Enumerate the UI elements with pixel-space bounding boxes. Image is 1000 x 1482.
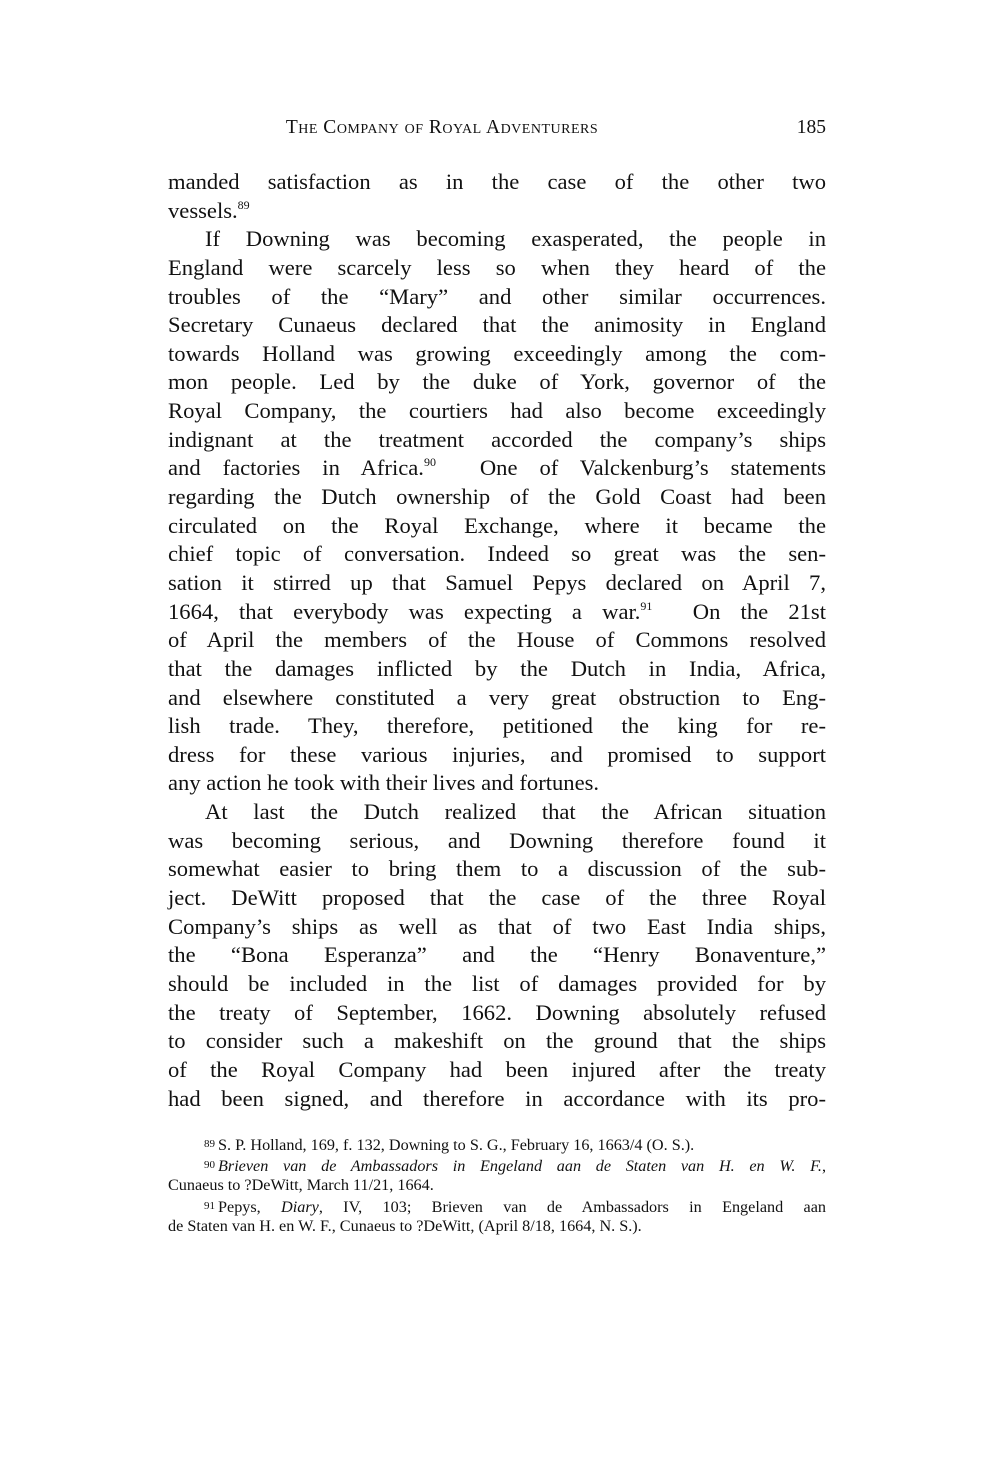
footnote-number: 89 [204,1138,215,1150]
line-text: On the 21st [652,599,826,624]
text-line: to consider such a makeshift on the grou… [168,1027,826,1056]
text-line: towards Holland was growing exceedingly … [168,340,826,369]
running-title: The Company of Royal Adventurers [168,117,716,139]
text-line: the treaty of September, 1662. Downing a… [168,999,826,1028]
line-text: Company’s ships as well as that of two E… [168,914,826,939]
line-text: of April the members of the House of Com… [168,627,826,652]
text-line: any action he took with their lives and … [168,769,826,798]
line-text: At last the Dutch realized that the Afri… [205,799,826,824]
text-line: troubles of the “Mary” and other similar… [168,283,826,312]
line-text: Royal Company, the courtiers had also be… [168,398,826,423]
text-line: Secretary Cunaeus declared that the anim… [168,311,826,340]
text-line: and factories in Africa.90 One of Valcke… [168,454,826,483]
line-text: dress for these various injuries, and pr… [168,742,826,767]
line-text: to consider such a makeshift on the grou… [168,1028,826,1053]
text-line: dress for these various injuries, and pr… [168,741,826,770]
text-line: At last the Dutch realized that the Afri… [168,798,826,827]
footnote-number: 91 [204,1200,215,1212]
line-text: England were scarcely less so when they … [168,255,826,280]
footnote-text: S. P. Holland, 169, f. 132, Downing to S… [218,1136,694,1154]
footnote-text: Cunaeus to ?DeWitt, March 11/21, 1664. [168,1176,434,1194]
footnotes: 89S. P. Holland, 169, f. 132, Downing to… [168,1134,826,1237]
text-line: England were scarcely less so when they … [168,254,826,283]
text-line: was becoming serious, and Downing theref… [168,827,826,856]
line-text: vessels. [168,198,238,223]
text-line: the “Bona Esperanza” and the “Henry Bona… [168,941,826,970]
line-text: lish trade. They, therefore, petitioned … [168,713,826,738]
line-text: the “Bona Esperanza” and the “Henry Bona… [168,942,826,967]
text-line: of the Royal Company had been injured af… [168,1056,826,1085]
line-text: indignant at the treatment accorded the … [168,427,826,452]
body-text: manded satisfaction as in the case of th… [168,168,826,1113]
line-text: mon people. Led by the duke of York, gov… [168,369,826,394]
line-text: ject. DeWitt proposed that the case of t… [168,885,826,910]
text-line: lish trade. They, therefore, petitioned … [168,712,826,741]
line-text: regarding the Dutch ownership of the Gol… [168,484,826,509]
text-line: manded satisfaction as in the case of th… [168,168,826,197]
footnote-text: de Staten van H. en W. F., Cunaeus to ?D… [168,1217,642,1235]
line-text: sation it stirred up that Samuel Pepys d… [168,570,826,595]
text-line: 1664, that everybody was expecting a war… [168,598,826,627]
text-line: Company’s ships as well as that of two E… [168,913,826,942]
text-line: sation it stirred up that Samuel Pepys d… [168,569,826,598]
line-text: of the Royal Company had been injured af… [168,1057,826,1082]
footnote-text: , [822,1157,826,1175]
line-text: had been signed, and therefore in accord… [168,1086,826,1111]
page-number: 185 [797,117,826,139]
footnote-text: Pepys, [218,1198,281,1216]
text-line: should be included in the list of damage… [168,970,826,999]
footnote-90-continued: Cunaeus to ?DeWitt, March 11/21, 1664. [168,1175,826,1196]
line-text: somewhat easier to bring them to a discu… [168,856,826,881]
footnote-reference: 91 [640,599,652,613]
running-head: The Company of Royal Adventurers 185 [168,117,826,141]
footnote-91-continued: de Staten van H. en W. F., Cunaeus to ?D… [168,1216,826,1237]
line-text: circulated on the Royal Exchange, where … [168,513,826,538]
text-line: vessels.89 [168,197,826,226]
line-text: and factories in Africa. [168,455,424,480]
footnote-number: 90 [204,1159,215,1171]
text-line: chief topic of conversation. Indeed so g… [168,540,826,569]
line-text: chief topic of conversation. Indeed so g… [168,541,826,566]
footnote-90: 90Brieven van de Ambassadors in Engeland… [168,1155,826,1176]
footnote-text: , IV, 103; Brieven van de Ambassadors in… [319,1198,826,1216]
text-line: indignant at the treatment accorded the … [168,426,826,455]
text-line: If Downing was becoming exasperated, the… [168,225,826,254]
text-line: and elsewhere constituted a very great o… [168,684,826,713]
text-line: that the damages inflicted by the Dutch … [168,655,826,684]
footnote-source-title: Diary [281,1198,319,1216]
footnote-reference: 89 [238,198,250,212]
text-line: ject. DeWitt proposed that the case of t… [168,884,826,913]
text-line: somewhat easier to bring them to a discu… [168,855,826,884]
footnote-source-title: Brieven van de Ambassadors in Engeland a… [218,1157,822,1175]
line-text: any action he took with their lives and … [168,770,599,795]
line-text: troubles of the “Mary” and other similar… [168,284,826,309]
footnote-91: 91Pepys, Diary, IV, 103; Brieven van de … [168,1196,826,1217]
line-text: the treaty of September, 1662. Downing a… [168,1000,826,1025]
line-text: manded satisfaction as in the case of th… [168,169,826,194]
line-text: Secretary Cunaeus declared that the anim… [168,312,826,337]
text-line: had been signed, and therefore in accord… [168,1085,826,1114]
text-line: mon people. Led by the duke of York, gov… [168,368,826,397]
line-text: 1664, that everybody was expecting a war… [168,599,640,624]
text-line: of April the members of the House of Com… [168,626,826,655]
line-text: If Downing was becoming exasperated, the… [205,226,826,251]
footnote-89: 89S. P. Holland, 169, f. 132, Downing to… [168,1134,826,1155]
line-text: towards Holland was growing exceedingly … [168,341,826,366]
line-text: should be included in the list of damage… [168,971,826,996]
text-line: circulated on the Royal Exchange, where … [168,512,826,541]
footnote-reference: 90 [424,455,436,469]
line-text: was becoming serious, and Downing theref… [168,828,826,853]
book-page: The Company of Royal Adventurers 185 man… [0,0,1000,1482]
line-text: One of Valckenburg’s statements [436,455,826,480]
text-line: regarding the Dutch ownership of the Gol… [168,483,826,512]
text-line: Royal Company, the courtiers had also be… [168,397,826,426]
line-text: and elsewhere constituted a very great o… [168,685,826,710]
line-text: that the damages inflicted by the Dutch … [168,656,826,681]
